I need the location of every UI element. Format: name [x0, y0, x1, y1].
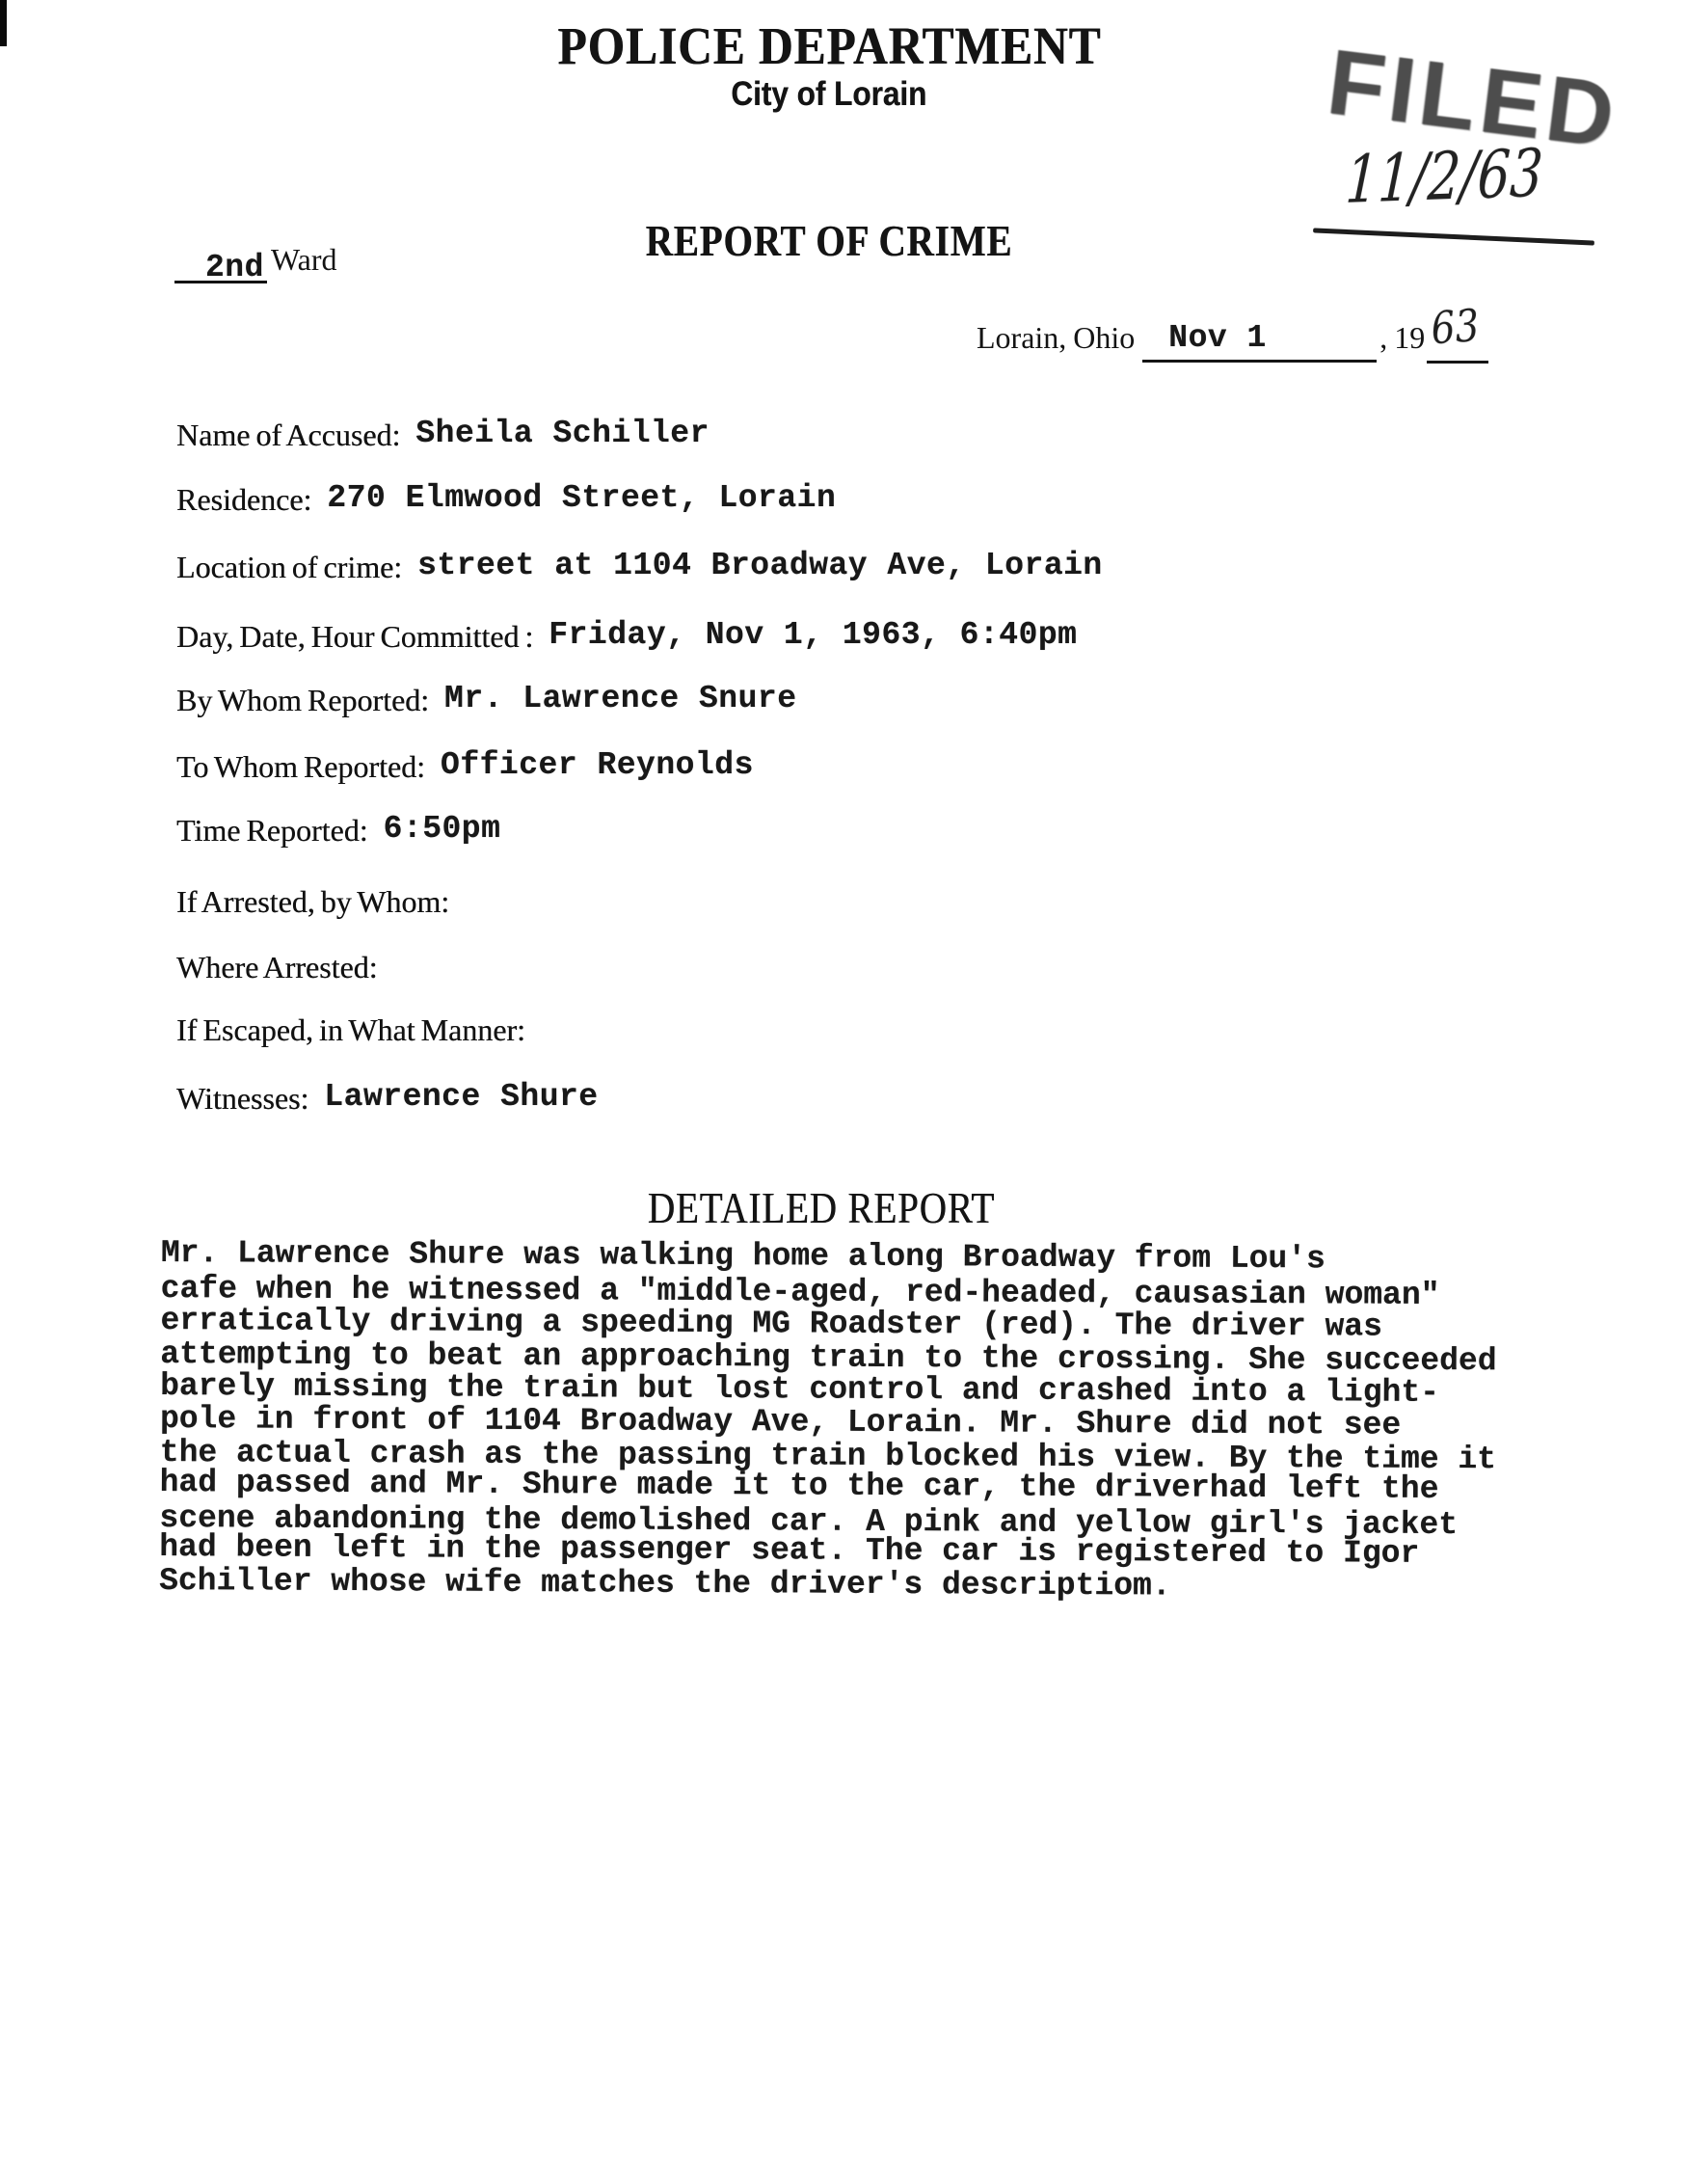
field-label: To Whom Reported:	[176, 749, 425, 784]
page-title: POLICE DEPARTMENT	[557, 15, 1101, 76]
field-value: street at 1104 Broadway Ave, Lorain	[417, 548, 1103, 583]
field-row: By Whom Reported:Mr. Lawrence Snure	[176, 683, 797, 720]
field-label: Time Reported:	[176, 813, 368, 848]
field-value: Friday, Nov 1, 1963, 6:40pm	[549, 617, 1077, 653]
dateline-year-prefix: , 19	[1379, 320, 1425, 355]
field-row: To Whom Reported:Officer Reynolds	[176, 749, 754, 787]
filed-date-handwritten: 11/2/63	[1344, 136, 1544, 219]
field-label: Witnesses:	[176, 1081, 308, 1116]
field-row: If Escaped, in What Manner:	[176, 1012, 541, 1050]
dateline-year-handwritten: 63	[1423, 299, 1481, 355]
dateline-year-blank: 63	[1427, 307, 1488, 364]
field-label: Location of crime:	[176, 550, 402, 584]
ward-label: Ward	[271, 242, 337, 277]
field-value: Sheila Schiller	[415, 416, 710, 451]
dateline-date-value: Nov 1	[1142, 320, 1267, 356]
field-row: Name of Accused:Sheila Schiller	[176, 418, 710, 455]
field-label: Name of Accused:	[176, 418, 400, 452]
field-value: Mr. Lawrence Snure	[444, 681, 796, 716]
dateline: Lorain, OhioNov 1, 1963	[977, 307, 1488, 364]
ward-blank-line: 2nd	[174, 244, 267, 283]
crime-report-page: POLICE DEPARTMENT City of Lorain REPORT …	[0, 0, 1687, 2184]
field-label: Residence:	[176, 482, 311, 517]
dateline-blank: Nov 1	[1142, 322, 1377, 363]
field-row: Time Reported:6:50pm	[176, 813, 500, 850]
field-value: 270 Elmwood Street, Lorain	[327, 480, 836, 516]
field-label: Where Arrested:	[176, 950, 378, 984]
detailed-report-heading-text: DETAILED REPORT	[648, 1182, 995, 1233]
field-row: If Arrested, by Whom:	[176, 884, 465, 922]
field-row: Location of crime:street at 1104 Broadwa…	[176, 550, 1103, 587]
ward-value: 2nd	[174, 250, 264, 285]
field-value: Lawrence Shure	[324, 1079, 598, 1115]
detailed-report-heading: DETAILED REPORT	[154, 1182, 1488, 1233]
field-row: Witnesses:Lawrence Shure	[176, 1081, 599, 1119]
field-label: By Whom Reported:	[176, 683, 429, 717]
field-row: Where Arrested:	[176, 950, 393, 987]
dateline-city: Lorain, Ohio	[977, 320, 1135, 355]
ward-line: 2ndWard	[174, 242, 337, 283]
field-label: If Arrested, by Whom:	[176, 884, 449, 919]
field-value: 6:50pm	[384, 811, 501, 847]
field-label: If Escaped, in What Manner:	[176, 1012, 525, 1047]
form-title-label: REPORT OF CRIME	[646, 215, 1013, 266]
detailed-report-body: Mr. Lawrence Shure was walking home alon…	[159, 1237, 1559, 1605]
report-text-line: Schiller whose wife matches the driver's…	[159, 1565, 1557, 1605]
field-value: Officer Reynolds	[441, 747, 754, 783]
field-row: Residence:270 Elmwood Street, Lorain	[176, 482, 836, 520]
field-label: Day, Date, Hour Committed :	[176, 619, 533, 654]
field-row: Day, Date, Hour Committed :Friday, Nov 1…	[176, 619, 1077, 657]
city-of-lorain-label: City of Lorain	[731, 75, 926, 114]
